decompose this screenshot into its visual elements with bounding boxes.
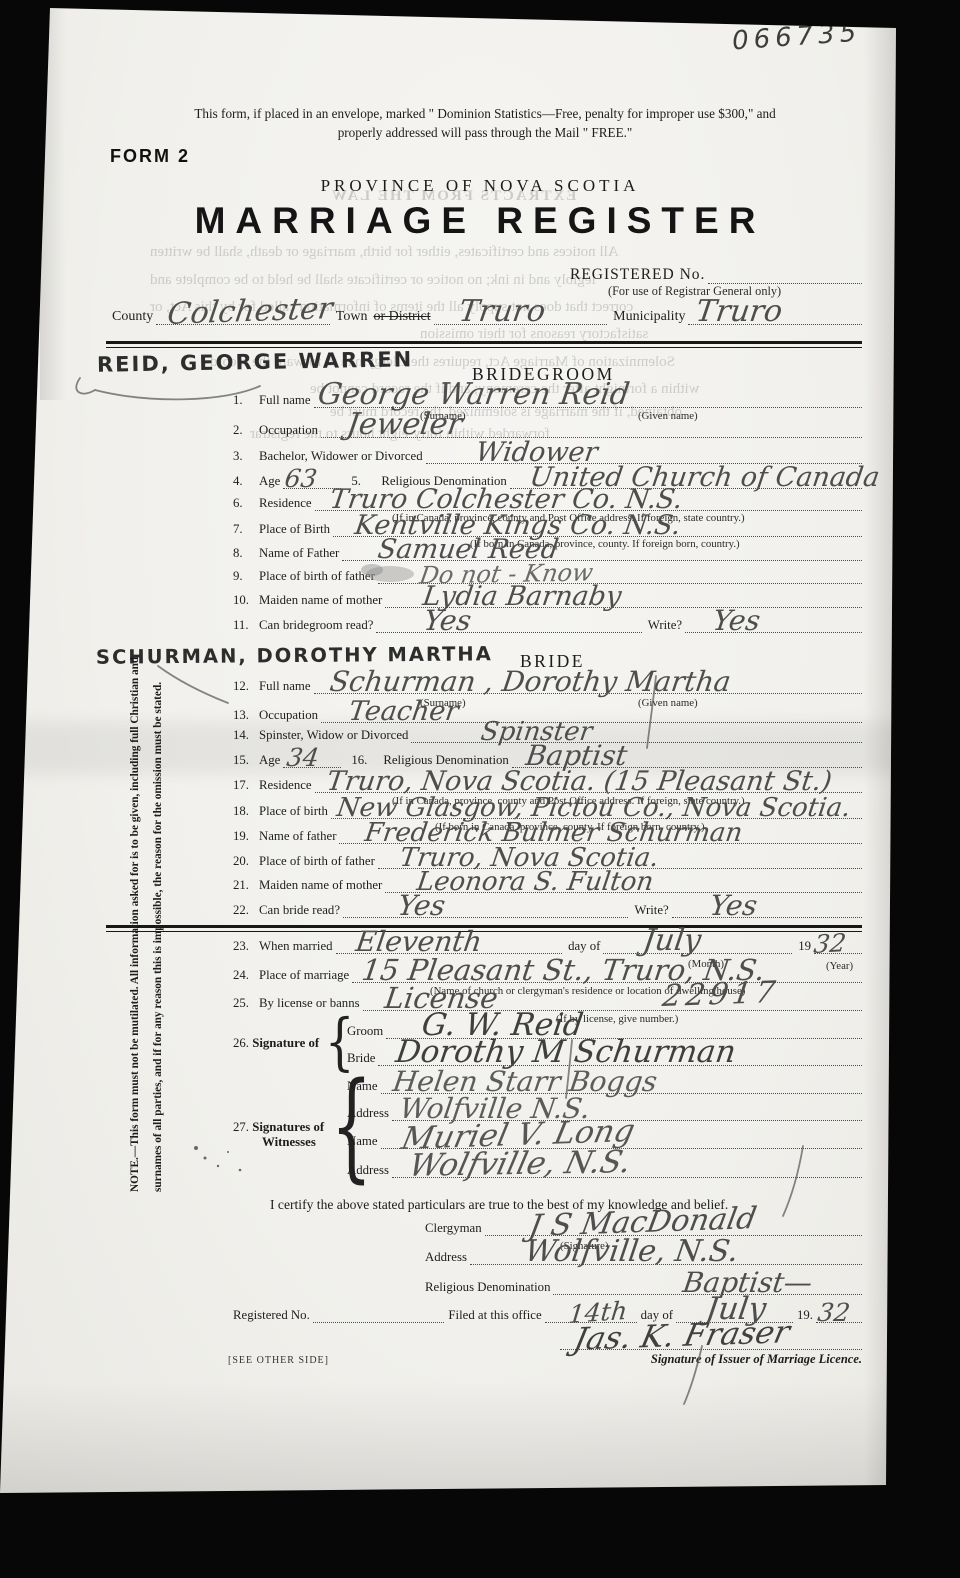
filed-year: 32 <box>816 1300 851 1325</box>
annotation-underline-loop <box>76 378 95 394</box>
mail-note-line2: properly addressed will pass through the… <box>130 125 840 141</box>
bleedthrough-text: legibly and in ink; no notice or certifi… <box>150 272 596 289</box>
field-value: Schurman , Dorothy Martha <box>328 668 733 696</box>
bride-signature: Dorothy M Schurman <box>394 1037 738 1068</box>
field-row-fullname-groom: 1. Full name George Warren Reid <box>233 393 862 408</box>
province-heading: PROVINCE OF NOVA SCOTIA <box>90 176 870 196</box>
see-other-side-label: [SEE OTHER SIDE] <box>228 1355 329 1366</box>
mail-note-line1: This form, if placed in an envelope, mar… <box>130 106 840 122</box>
field-value: 34 <box>286 745 321 770</box>
town-label: Town <box>330 309 371 325</box>
municipality-label: Municipality <box>607 309 688 325</box>
clergyman-address-row: Address Wolfville, N.S. <box>425 1250 862 1265</box>
bleedthrough-text: All notices and certificates, either for… <box>150 244 619 261</box>
given-name-caption: (Given name) <box>638 410 698 422</box>
town-value: Truro <box>457 297 547 327</box>
witnesses-label-line2: Witnesses <box>262 1135 316 1150</box>
county-line: Colchester <box>156 308 330 325</box>
witness2-address: Wolfville, N.S. <box>406 1147 634 1182</box>
license-number: 22917 <box>660 978 780 1012</box>
town-line: Truro <box>434 308 608 325</box>
field-row-birthplace-bride: 18. Place of birth New Glasgow, Pictou C… <box>233 804 862 819</box>
field-value: Teacher <box>347 698 460 725</box>
issuer-signature: Jas. K. Fraser <box>571 1317 793 1355</box>
county-value: Colchester <box>166 294 335 330</box>
town-struck-label: or District <box>370 309 433 325</box>
clergyman-address: Wolfville, N.S. <box>523 1237 740 1267</box>
field-row-mother-bride: 21. Maiden name of mother Leonora S. Ful… <box>233 878 862 893</box>
field-row-father-bride: 19. Name of father Frederick Bulmer Schu… <box>233 829 862 844</box>
margin-note-line2: surnames of all parties, and if for any … <box>147 520 170 1192</box>
field-value: 63 <box>284 466 319 491</box>
field-value: Yes <box>422 607 473 635</box>
field-value: Yes <box>708 892 759 920</box>
section-divider <box>106 341 862 348</box>
field-value: Yes <box>711 607 762 635</box>
municipality-value: Truro <box>694 297 784 327</box>
witnesses-label-line1: 27. Signatures of <box>233 1120 324 1135</box>
document-number: 066735 <box>731 18 862 57</box>
page-title: MARRIAGE REGISTER <box>90 200 870 242</box>
field-value: George Warren Reid <box>315 380 630 410</box>
denomination-row: Religious Denomination Baptist— <box>425 1280 862 1295</box>
registered-no-label: REGISTERED No. <box>570 266 708 284</box>
scanned-marriage-register: { "scan": { "doc_number": "066735", "see… <box>0 0 960 1578</box>
issuer-signature-row: Jas. K. Fraser <box>560 1336 862 1350</box>
margin-note: NOTE.—This form must not be mutilated. A… <box>124 520 170 1192</box>
form-number-label: FORM 2 <box>110 146 190 167</box>
field-value: Truro, Nova Scotia. (15 Pleasant St.) <box>325 768 833 795</box>
bridegroom-annotation: REID, GEORGE WARREN <box>97 349 414 376</box>
address-descender <box>783 1146 803 1216</box>
paper-sheet: EXTRACTS FROM THE LAW All notices and ce… <box>0 0 960 1578</box>
field-row-residence-groom: 6. Residence Truro Colchester Co. N.S. <box>233 496 862 511</box>
field-value: Yes <box>396 892 447 920</box>
field-value: Truro Colchester Co. N.S. <box>328 486 684 513</box>
margin-note-line1: NOTE.—This form must not be mutilated. A… <box>124 520 147 1192</box>
field-row-read-write-groom: 11. Can bridegroom read? Yes Write? Yes <box>233 618 862 633</box>
field-row-occupation-groom: 2. Occupation Jeweler <box>233 423 862 438</box>
ink-spatter-dots <box>194 1146 241 1171</box>
bride-signature-row: Bride Dorothy M Schurman <box>347 1051 862 1066</box>
fold-shadow <box>0 1380 960 1493</box>
field-row-fullname-bride: 12. Full name Schurman , Dorothy Martha <box>233 679 862 694</box>
issuer-caption: Signature of Issuer of Marriage Licence. <box>645 1352 862 1367</box>
county-row: County Colchester Town or District Truro… <box>112 308 862 325</box>
field-value: 32 <box>812 930 847 957</box>
field-row-when-married: 23. When married Eleventh day of July 19… <box>233 939 862 954</box>
field-value: Eleventh <box>354 928 484 956</box>
field-value: July <box>641 926 703 956</box>
field-row-mother-groom: 10. Maiden name of mother Lydia Barnaby <box>233 593 862 608</box>
field-row-residence-bride: 17. Residence Truro, Nova Scotia. (15 Pl… <box>233 778 862 793</box>
left-edge-shadow <box>40 0 66 400</box>
municipality-line: Truro <box>688 308 862 325</box>
witness2-address-row: Address Wolfville, N.S. <box>347 1163 862 1178</box>
signature-of-label: 26. Signature of <box>233 1036 319 1051</box>
field-value: Leonora S. Fulton <box>415 869 655 895</box>
field-row-read-write-bride: 22. Can bride read? Yes Write? Yes <box>233 903 862 918</box>
county-label: County <box>112 309 156 325</box>
field-value: Jeweler <box>345 410 464 440</box>
registered-no-row: REGISTERED No. <box>570 266 862 284</box>
registered-no-line <box>708 270 862 284</box>
